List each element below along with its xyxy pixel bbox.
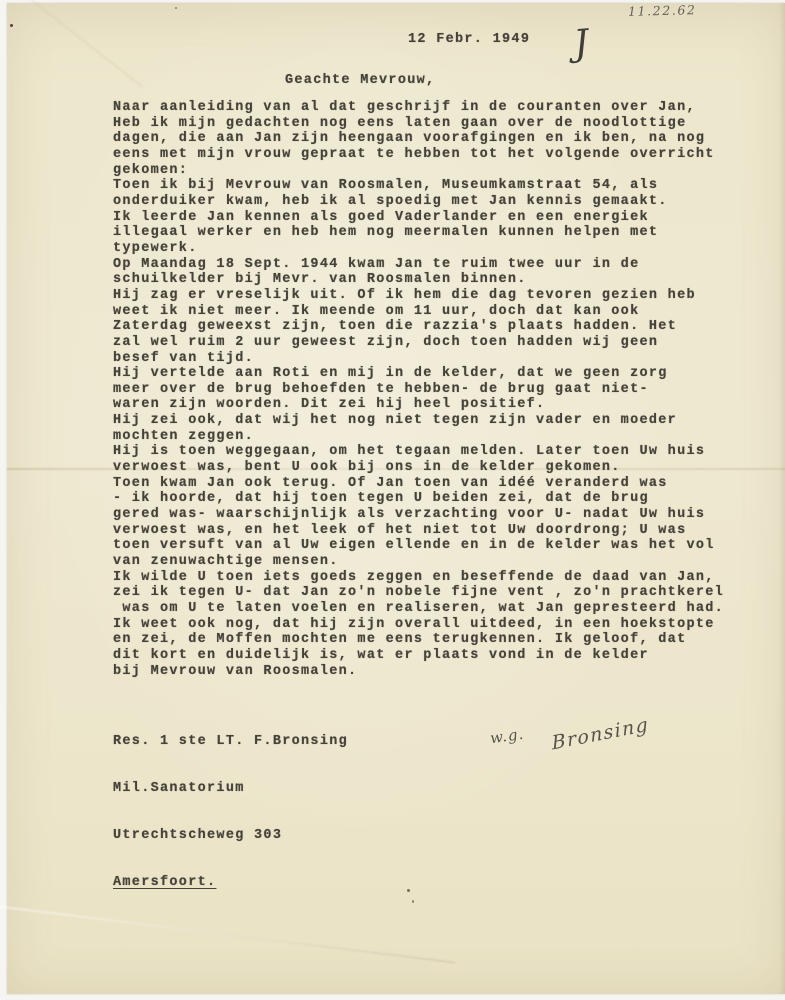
letter-page: 11.22.62 12 Febr. 1949 J Geachte Mevrouw… [7, 3, 785, 994]
handwritten-annotation-j: J [572, 22, 590, 64]
letter-body: Naar aanleiding van al dat geschrijf in … [113, 100, 724, 679]
handwritten-signature: Bronsing [551, 714, 650, 755]
salutation: Geachte Mevrouw, [285, 73, 435, 89]
scanned-letter-screenshot: { "page": { "archive_number": "11.22.62"… [0, 0, 785, 1000]
archive-reference-number: 11.22.62 [628, 2, 697, 19]
signature-block: Res. 1 ste LT. F.Bronsing Mil.Sanatorium… [113, 703, 348, 922]
paper-speck [10, 24, 13, 27]
signature-name-rank: Res. 1 ste LT. F.Bronsing [113, 734, 348, 750]
signature-street: Utrechtscheweg 303 [113, 828, 348, 844]
letter-date: 12 Febr. 1949 [408, 32, 530, 48]
paper-crease-diagonal-top [32, 0, 143, 87]
signature-city: Amersfoort. [113, 875, 348, 891]
signature-institution: Mil.Sanatorium [113, 781, 348, 797]
paper-edge-shadow [779, 3, 785, 994]
paper-speck [412, 900, 414, 903]
paper-speck [407, 889, 410, 892]
handwritten-wg-abbreviation: w.g. [489, 725, 525, 748]
paper-speck [175, 7, 177, 9]
